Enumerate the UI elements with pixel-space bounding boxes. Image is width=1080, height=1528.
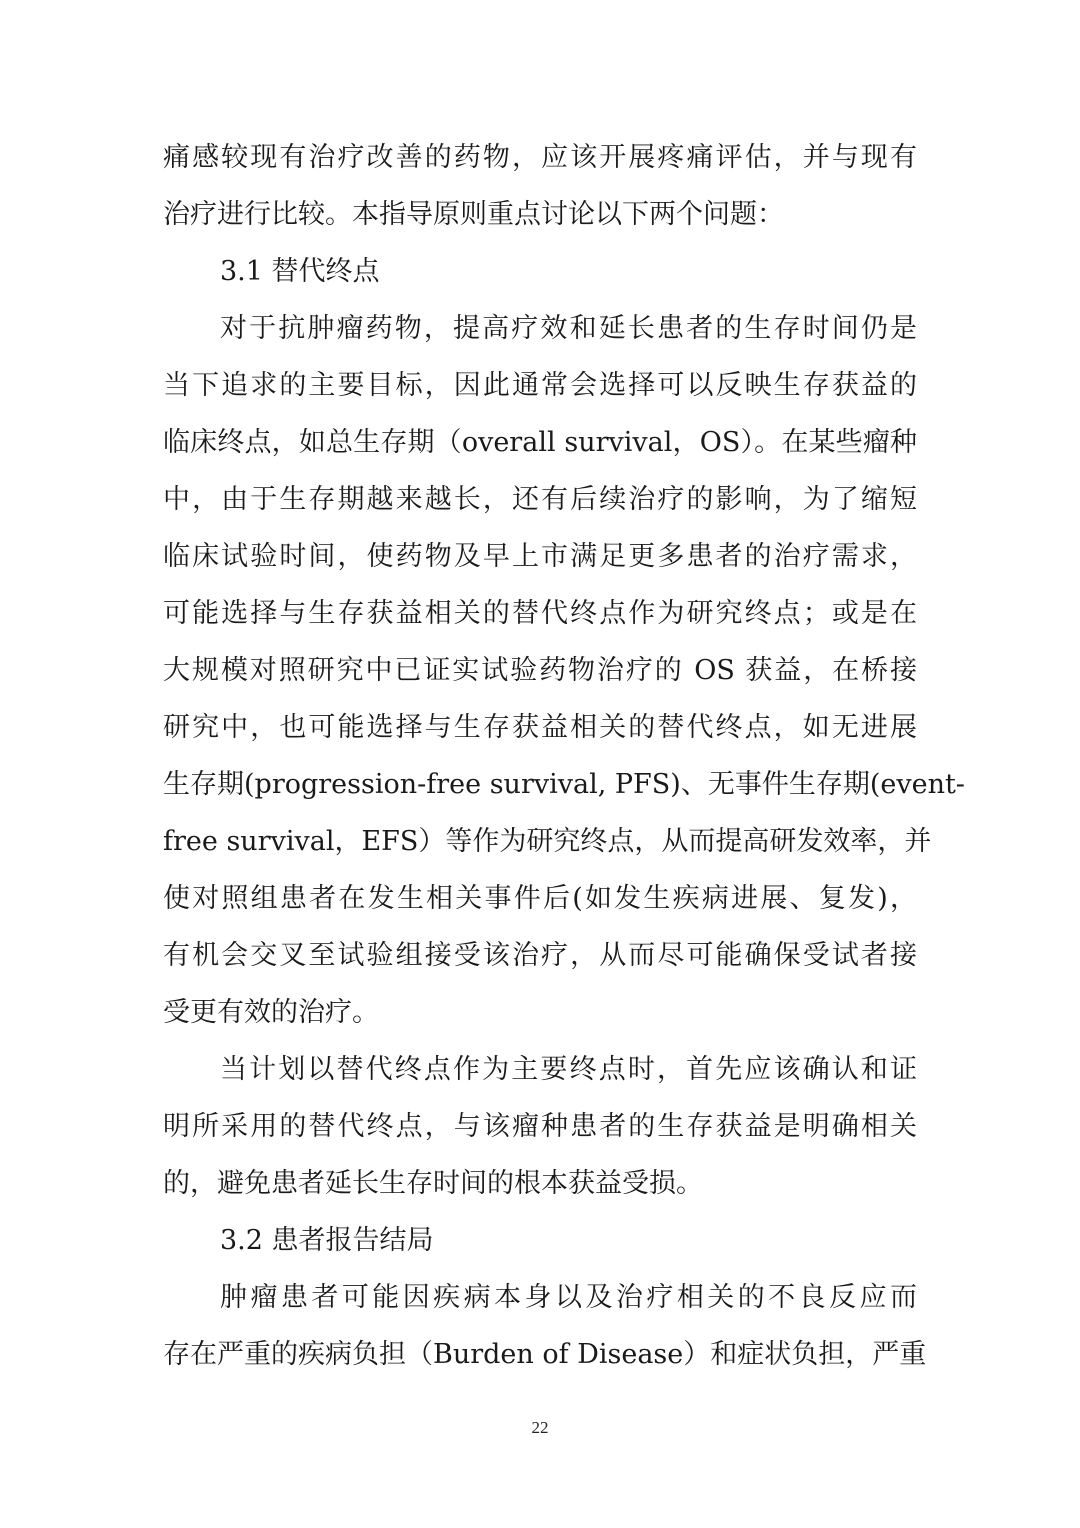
text-line: 当下追求的主要目标，因此通常会选择可以反映生存获益的 — [163, 366, 917, 406]
document-page: 痛感较现有治疗改善的药物，应该开展疼痛评估，并与现有治疗进行比较。本指导原则重点… — [0, 0, 1080, 1528]
text-line: 明所采用的替代终点，与该瘤种患者的生存获益是明确相关 — [163, 1107, 917, 1147]
text-line: 大规模对照研究中已证实试验药物治疗的 OS 获益，在桥接 — [163, 651, 917, 691]
text-line: 痛感较现有治疗改善的药物，应该开展疼痛评估，并与现有 — [163, 138, 917, 178]
text-line: free survival，EFS）等作为研究终点，从而提高研发效率，并 — [163, 822, 917, 862]
text-line: 有机会交叉至试验组接受该治疗，从而尽可能确保受试者接 — [163, 936, 917, 976]
text-line: 当计划以替代终点作为主要终点时，首先应该确认和证 — [220, 1050, 917, 1090]
text-line: 对于抗肿瘤药物，提高疗效和延长患者的生存时间仍是 — [220, 309, 917, 349]
text-line: 受更有效的治疗。 — [163, 993, 917, 1033]
text-line: 的，避免患者延长生存时间的根本获益受损。 — [163, 1164, 917, 1204]
text-line: 存在严重的疾病负担（Burden of Disease）和症状负担，严重 — [163, 1335, 917, 1375]
text-line: 肿瘤患者可能因疾病本身以及治疗相关的不良反应而 — [220, 1278, 917, 1318]
text-line: 可能选择与生存获益相关的替代终点作为研究终点；或是在 — [163, 594, 917, 634]
page-number: 22 — [0, 1418, 1080, 1438]
section-heading: 3.1 替代终点 — [220, 252, 917, 292]
text-line: 研究中，也可能选择与生存获益相关的替代终点，如无进展 — [163, 708, 917, 748]
text-line: 临床终点，如总生存期（overall survival，OS）。在某些瘤种 — [163, 423, 917, 463]
text-line: 中，由于生存期越来越长，还有后续治疗的影响，为了缩短 — [163, 480, 917, 520]
text-line: 生存期(progression-free survival, PFS)、无事件生… — [163, 765, 917, 805]
text-line: 临床试验时间，使药物及早上市满足更多患者的治疗需求， — [163, 537, 917, 577]
text-line: 使对照组患者在发生相关事件后(如发生疾病进展、复发)， — [163, 879, 917, 919]
text-line: 治疗进行比较。本指导原则重点讨论以下两个问题： — [163, 195, 917, 235]
section-heading: 3.2 患者报告结局 — [220, 1221, 917, 1261]
